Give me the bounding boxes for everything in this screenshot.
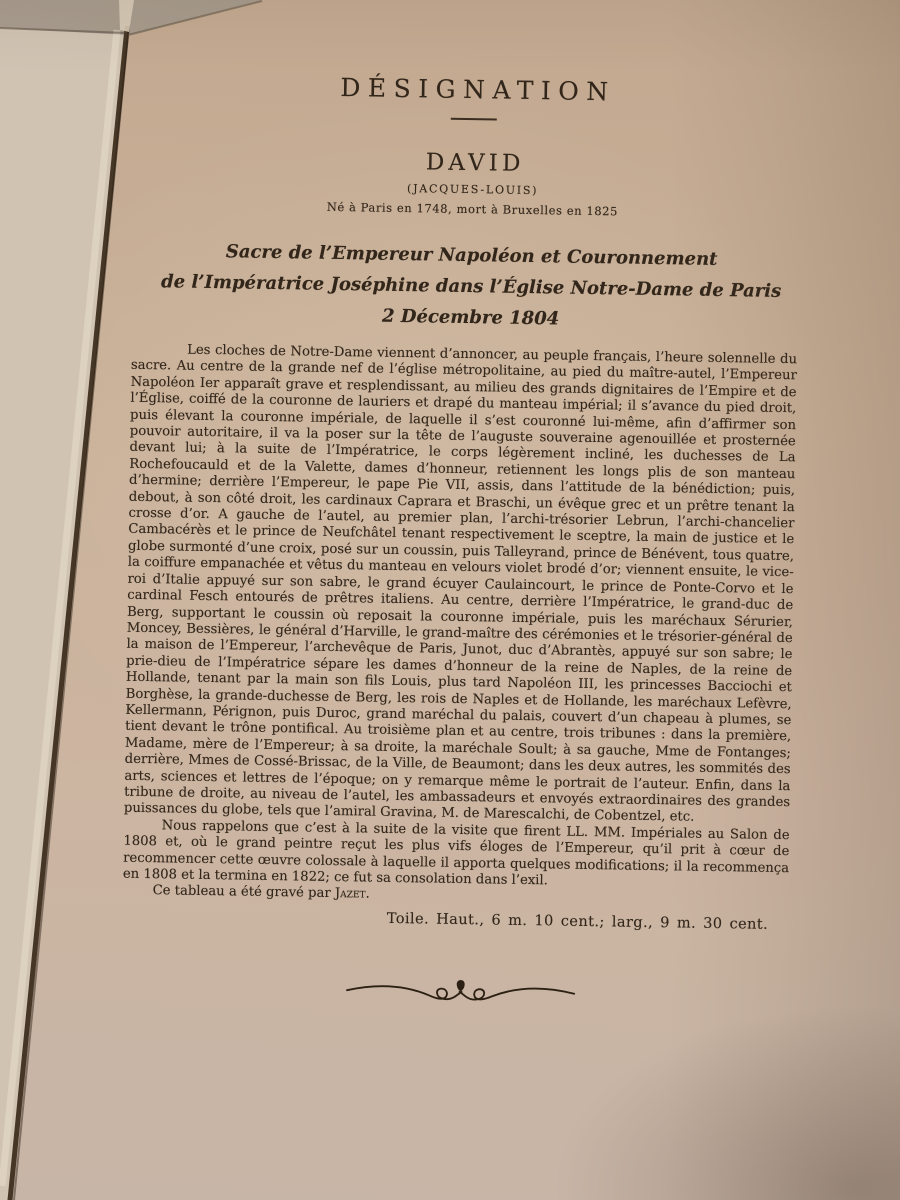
canvas-dimensions-line: Toile. Haut., 6 m. 10 cent.; larg., 9 m.… xyxy=(116,906,782,932)
description-paragraph-2: Nous rappelons que c’est à la suite de l… xyxy=(123,817,790,893)
title-rule-divider xyxy=(451,118,497,121)
engraver-name: Jazet xyxy=(335,886,366,901)
book-photo: DÉSIGNATION DAVID (JACQUES-LOUIS) Né à P… xyxy=(0,0,900,1200)
description-text: Les cloches de Notre-Dame viennent d’ann… xyxy=(122,342,797,910)
engraving-note-suffix: . xyxy=(365,887,369,902)
artist-surname: DAVID xyxy=(128,145,818,182)
description-paragraph-1: Les cloches de Notre-Dame viennent d’ann… xyxy=(124,342,797,828)
engraving-note-prefix: Ce tableau a été gravé par xyxy=(153,884,335,902)
page-title: DÉSIGNATION xyxy=(129,70,819,110)
artist-life-dates: Né à Paris en 1748, mort à Bruxelles en … xyxy=(127,197,817,222)
catalogue-entry: DÉSIGNATION DAVID (JACQUES-LOUIS) Né à P… xyxy=(115,40,820,1016)
work-title: Sacre de l’Empereur Napoléon et Couronne… xyxy=(125,235,816,339)
flourish-divider-icon xyxy=(342,972,578,1012)
